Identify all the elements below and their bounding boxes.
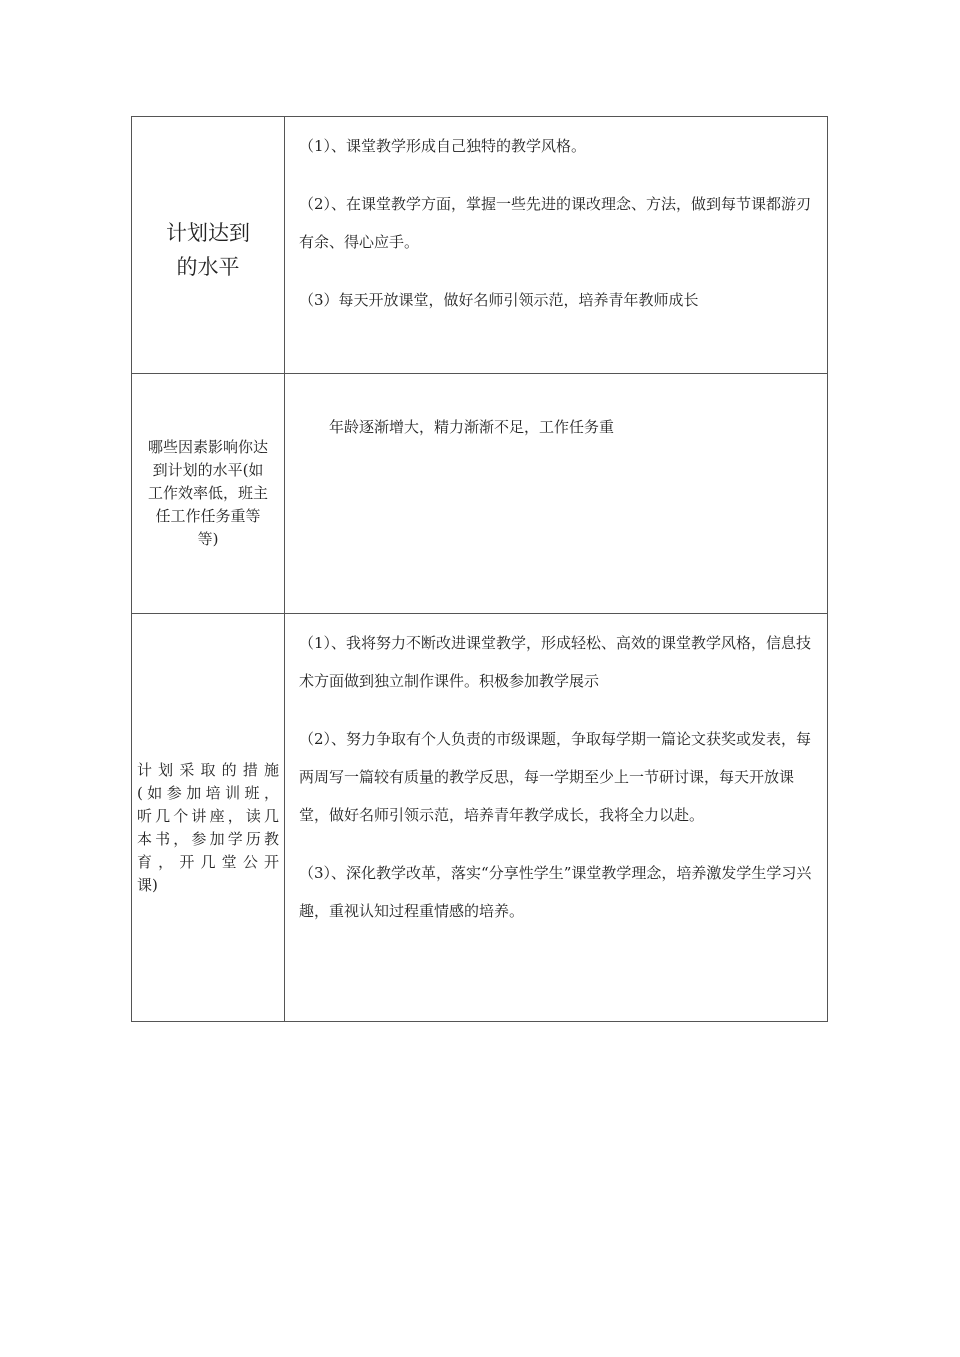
paragraph: （2）、在课堂教学方面，掌握一些先进的课改理念、方法，做到每节课都游刃有余、得心… [299,185,819,261]
label-line: 任工作任务重等 [148,505,268,528]
table-row-influencing-factors: 哪些因素影响你达 到计划的水平(如 工作效率低，班主 任工作任务重等 等) 年龄… [132,374,827,614]
table-row-measures: 计划采取的措施 (如参加培训班， 听几个讲座，读几 本书，参加学历教 育，开几堂… [132,614,827,1021]
paragraph: （3）、深化教学改革，落实“分享性学生”课堂教学理念，培养激发学生学习兴趣，重视… [299,854,819,930]
label-line: 课) [137,874,279,897]
label-line: 听几个讲座，读几 [137,805,279,828]
label-line: 哪些因素影响你达 [148,436,268,459]
label-line: 本书，参加学历教 [137,828,279,851]
table-row-target-level: 计划达到 的水平 （1）、课堂教学形成自己独特的教学风格。 （2）、在课堂教学方… [132,117,827,374]
paragraph: （2）、努力争取有个人负责的市级课题，争取每学期一篇论文获奖或发表，每两周写一篇… [299,720,819,834]
label-line: (如参加培训班， [137,782,279,805]
paragraph: 年龄逐渐增大，精力渐渐不足，工作任务重 [329,408,819,446]
row-content-measures: （1）、我将努力不断改进课堂教学，形成轻松、高效的课堂教学风格，信息技术方面做到… [285,614,827,1021]
paragraph: （1）、我将努力不断改进课堂教学，形成轻松、高效的课堂教学风格，信息技术方面做到… [299,624,819,700]
row-label-target-level: 计划达到 的水平 [132,117,285,373]
paragraph: （1）、课堂教学形成自己独特的教学风格。 [299,127,819,165]
label-line: 计划采取的措施 [137,759,279,782]
label-line: 计划达到 [166,216,250,250]
row-content-target-level: （1）、课堂教学形成自己独特的教学风格。 （2）、在课堂教学方面，掌握一些先进的… [285,117,827,373]
label-line: 到计划的水平(如 [148,459,268,482]
paragraph: （3）每天开放课堂，做好名师引领示范，培养青年教师成长 [299,281,819,319]
label-line: 的水平 [166,250,250,284]
label-line: 等) [148,528,268,551]
plan-table: 计划达到 的水平 （1）、课堂教学形成自己独特的教学风格。 （2）、在课堂教学方… [131,116,828,1022]
row-label-influencing-factors: 哪些因素影响你达 到计划的水平(如 工作效率低，班主 任工作任务重等 等) [132,374,285,613]
label-line: 工作效率低，班主 [148,482,268,505]
label-line: 育，开几堂公开 [137,851,279,874]
row-content-influencing-factors: 年龄逐渐增大，精力渐渐不足，工作任务重 [285,374,827,613]
row-label-measures: 计划采取的措施 (如参加培训班， 听几个讲座，读几 本书，参加学历教 育，开几堂… [132,614,285,1021]
